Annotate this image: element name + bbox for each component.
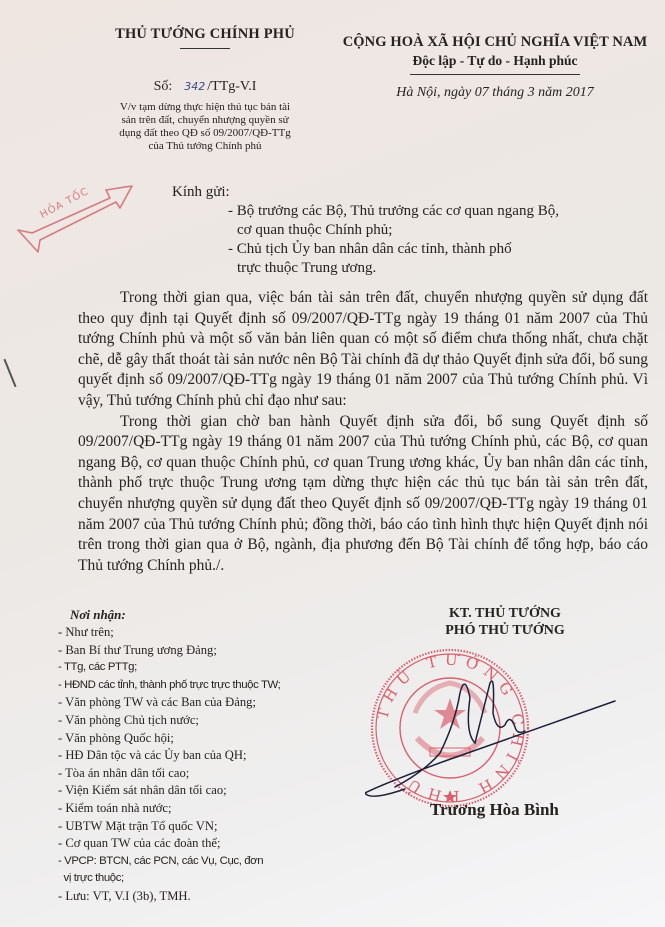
distribution-list: - Như trên; - Ban Bí thư Trung ương Đảng… (58, 624, 280, 906)
motto-underline (410, 74, 580, 75)
urgent-arrow-stamp-icon (10, 178, 140, 258)
recipient-line: cơ quan thuộc Chính phủ; (228, 221, 559, 240)
subject-line: sản trên đất, chuyển nhượng quyền sử (70, 114, 340, 127)
signature-title-line: KT. THỦ TƯỚNG (430, 605, 580, 622)
distribution-item: - Văn phòng TW và các Ban của Đảng; (58, 694, 280, 712)
recipient-item: - Chủ tịch Ủy ban nhân dân các tỉnh, thà… (228, 240, 512, 278)
signature-title-line: PHÓ THỦ TƯỚNG (430, 622, 580, 639)
distribution-item: - VPCP: BTCN, các PCN, các Vụ, Cục, đơn (58, 853, 280, 871)
margin-pen-mark (3, 359, 16, 388)
official-seal-icon: THỦ TƯỚNG CHÍNH PHỦ (365, 643, 665, 813)
document-number: Số:342/TTg-V.I (70, 79, 340, 95)
distribution-item: - Ban Bí thư Trung ương Đảng; (58, 642, 280, 660)
subject-line: dụng đất theo QĐ số 09/2007/QĐ-TTg (70, 127, 340, 140)
distribution-item: - Văn phòng Chủ tịch nước; (58, 712, 280, 730)
handwritten-number: 342 (184, 80, 205, 93)
issuing-agency: THỦ TƯỚNG CHÍNH PHỦ (70, 26, 340, 43)
recipient-line: trực thuộc Trung ương. (228, 259, 512, 278)
subject-line: của Thủ tướng Chính phủ (70, 140, 340, 153)
body-paragraph-1: Trong thời gian qua, việc bán tài sản tr… (78, 288, 648, 412)
distribution-item: - Cơ quan TW của các đoàn thể; (58, 835, 280, 853)
distribution-item: - Viện Kiểm sát nhân dân tối cao; (58, 782, 280, 800)
distribution-item: - HĐ Dân tộc và các Ủy ban của QH; (58, 747, 280, 765)
signer-name: Trương Hòa Bình (430, 800, 559, 820)
subject: V/v tạm dừng thực hiện thủ tục bán tài s… (70, 101, 340, 153)
distribution-item: - TTg, các PTTg; (58, 659, 280, 677)
national-header: CỘNG HOÀ XÃ HỘI CHỦ NGHĨA VIỆT NAM Độc l… (330, 34, 660, 101)
body-text: Trong thời gian qua, việc bán tài sản tr… (78, 288, 648, 576)
national-motto: Độc lập - Tự do - Hạnh phúc (330, 53, 660, 69)
subject-line: V/v tạm dừng thực hiện thủ tục bán tài (70, 101, 340, 114)
signature-title: KT. THỦ TƯỚNG PHÓ THỦ TƯỚNG (430, 605, 580, 639)
number-suffix: /TTg-V.I (207, 79, 256, 94)
recipient-item: - Bộ trưởng các Bộ, Thủ trưởng các cơ qu… (228, 202, 559, 240)
recipient-line: - Bộ trưởng các Bộ, Thủ trưởng các cơ qu… (228, 202, 559, 221)
distribution-item: - Văn phòng Quốc hội; (58, 730, 280, 748)
distribution-item: - Kiểm toán nhà nước; (58, 800, 280, 818)
distribution-item: - Tòa án nhân dân tối cao; (58, 765, 280, 783)
number-label: Số: (154, 79, 173, 94)
distribution-title: Nơi nhận: (70, 607, 126, 623)
distribution-item: - HĐND các tỉnh, thành phố trực trực thu… (58, 677, 280, 695)
distribution-item: - Như trên; (58, 624, 280, 642)
issuer-block: THỦ TƯỚNG CHÍNH PHỦ Số:342/TTg-V.I V/v t… (70, 26, 340, 153)
issue-date: Hà Nội, ngày 07 tháng 3 năm 2017 (330, 85, 660, 101)
distribution-item: - Lưu: VT, V.I (3b), TMH. (58, 888, 280, 906)
recipient-line: - Chủ tịch Ủy ban nhân dân các tỉnh, thà… (228, 240, 512, 259)
distribution-item: vị trực thuộc; (58, 870, 280, 888)
body-paragraph-2: Trong thời gian chờ ban hành Quyết định … (78, 412, 648, 577)
greeting: Kính gửi: (172, 184, 230, 201)
nation-title: CỘNG HOÀ XÃ HỘI CHỦ NGHĨA VIỆT NAM (330, 34, 660, 51)
agency-underline (180, 48, 230, 49)
distribution-item: - UBTW Mặt trận Tổ quốc VN; (58, 818, 280, 836)
